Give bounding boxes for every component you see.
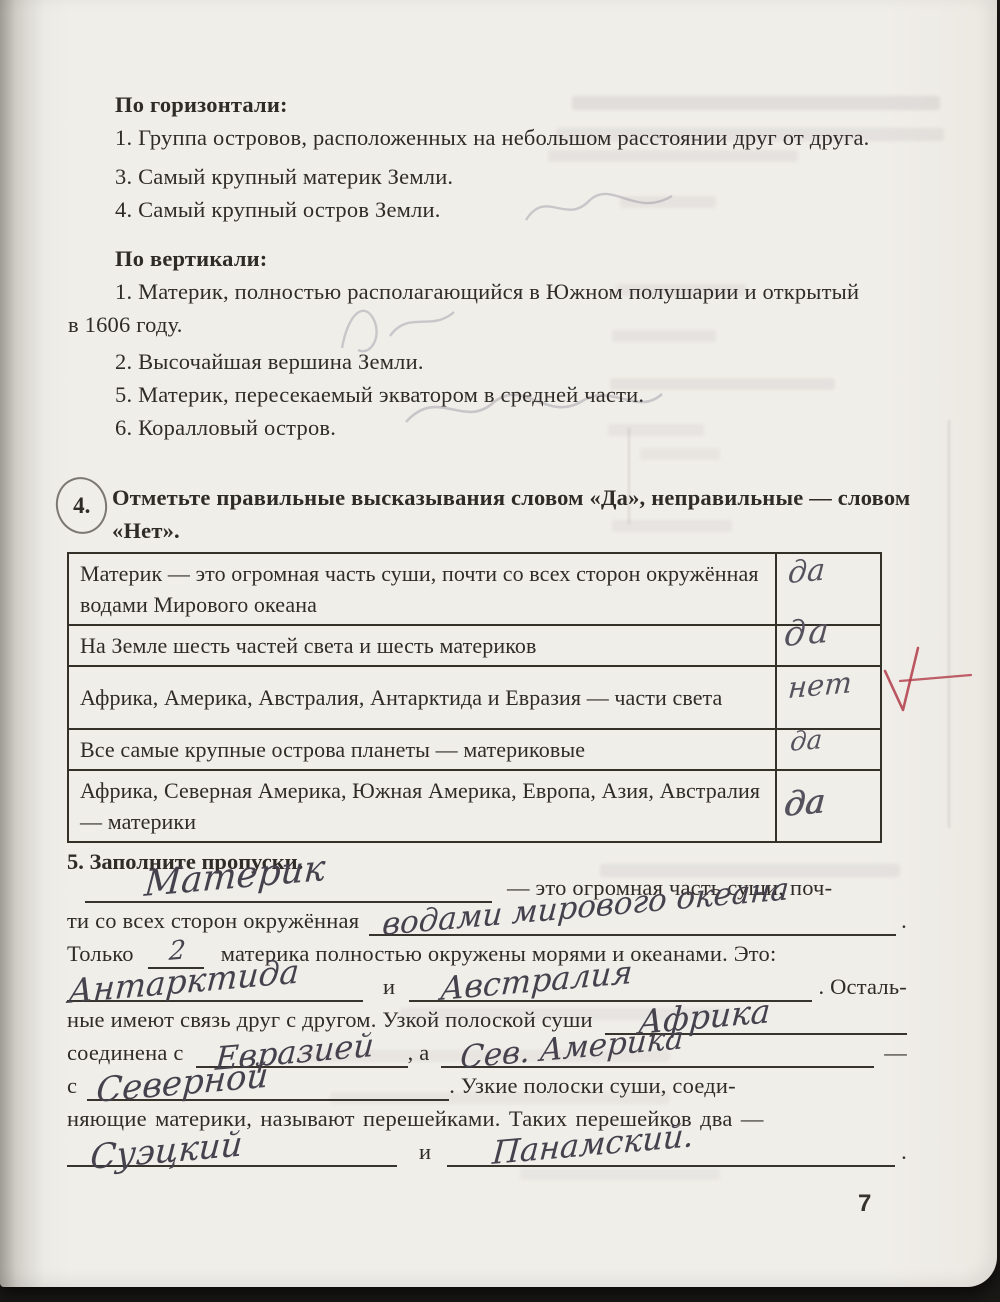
printed-text: с [67,1072,77,1101]
table-row: Материк — это огромная часть суши, почти… [68,553,881,625]
printed-text: и [383,973,395,1002]
answer-cell: нет [776,666,881,729]
statement-cell: На Земле шесть частей света и шесть мате… [68,625,776,666]
blank-continent: Материк [85,868,492,903]
blank-with-northern: Северной [87,1066,449,1101]
page-paper: По горизонтали: 1. Группа островов, расп… [0,0,997,1287]
task4-number: 4. [73,493,90,519]
statement-cell: Африка, Америка, Австралия, Антарктида и… [68,666,776,729]
bleedthrough-table-line [948,420,950,828]
printed-text: . [901,1138,907,1167]
printed-text: — [884,1039,907,1068]
table-row: На Земле шесть частей света и шесть мате… [68,625,881,666]
fill-line-2: ти со всех сторон окружённая водами миро… [67,903,907,936]
blank-surrounded-by: водами мирового океана [369,901,896,936]
down-heading: По вертикали: [68,242,874,275]
printed-text: . Осталь- [818,973,907,1002]
page-number: 7 [858,1190,871,1218]
task5-fill-in-paragraph: Материк — это огромная часть суши, поч- … [67,870,907,1167]
task4-table: Материк — это огромная часть суши, почти… [67,552,882,843]
teacher-checkmark-icon [872,644,977,726]
fill-line-4: Антарктида и Австралия . Осталь- [67,969,907,1002]
printed-text: и [419,1138,431,1167]
table-row: Все самые крупные острова планеты — мате… [68,729,881,770]
binding-shadow [0,0,46,1287]
printed-text: ти со всех сторон окружённая [67,907,359,936]
handwritten-answer: да [787,554,826,589]
clue-across-3: 3. Самый крупный материк Земли. [68,160,874,193]
handwritten-answer: да [783,785,826,820]
handwritten-answer: да [789,725,823,759]
handwritten-answer: нет [787,667,853,704]
clue-across-4: 4. Самый крупный остров Земли. [68,193,874,226]
table-row: Африка, Северная Америка, Южная Америка,… [68,770,881,842]
clue-down-5: 5. Материк, пересекаемый экватором в сре… [68,378,874,411]
printed-text: . [901,907,907,936]
handwritten-answer: да [783,616,833,651]
printed-text: . Узкие полоски суши, соеди- [449,1072,736,1101]
statement-cell: Все самые крупные острова планеты — мате… [68,729,776,770]
clue-down-1: 1. Материк, полностью располагающийся в … [68,275,874,341]
answer-cell: да [776,729,881,770]
printed-text: , а [408,1039,430,1068]
crossword-clues-section: По горизонтали: 1. Группа островов, расп… [68,88,874,444]
blank-isthmus-2: Панамский. [447,1132,895,1167]
clue-down-6: 6. Коралловый остров. [68,411,874,444]
statement-cell: Африка, Северная Америка, Южная Америка,… [68,770,776,842]
statement-cell: Материк — это огромная часть суши, почти… [68,553,776,625]
fill-line-9: Суэцкий и Панамский. . [67,1134,907,1167]
answer-cell: да [776,770,881,842]
clue-across-1: 1. Группа островов, расположенных на неб… [68,121,874,154]
fill-line-7: с Северной . Узкие полоски суши, соеди- [67,1068,907,1101]
printed-text: Только [67,940,134,969]
blank-first-continent: Антарктида [67,967,363,1002]
task4-title: Отметьте правильные высказывания словом … [112,481,924,547]
blank-north-america: Сев. Америка [441,1033,874,1068]
bleedthrough-line [640,448,720,460]
bleedthrough-line [520,1168,720,1180]
task4-number-circled: 4. [51,472,113,538]
handwritten-suez: Суэцкий [89,1124,244,1178]
blank-isthmus-1: Суэцкий [67,1132,397,1167]
scanned-workbook-photo: { "page": { "number": "7" }, "crossword"… [0,0,1000,1302]
clue-down-2: 2. Высочайшая вершина Земли. [68,345,874,378]
fill-line-5: ные имеют связь друг с другом. Узкой пол… [67,1002,907,1035]
table-row: Африка, Америка, Австралия, Антарктида и… [68,666,881,729]
answer-cell: да [776,625,881,666]
across-heading: По горизонтали: [68,88,874,121]
